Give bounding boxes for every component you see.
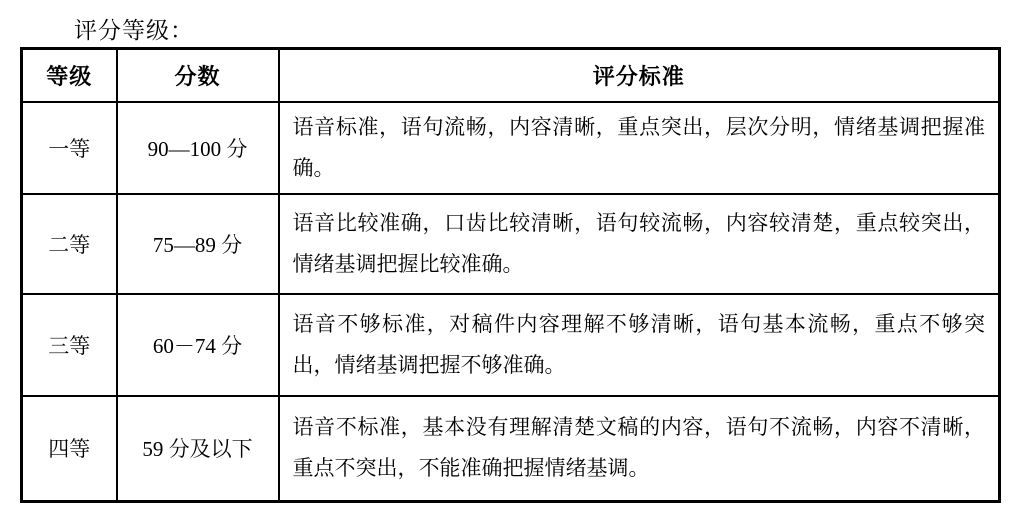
- header-row: 等级 分数 评分标准: [22, 49, 1000, 102]
- grade-cell: 四等: [22, 396, 117, 502]
- table-row: 二等 75—89 分 语音比较准确，口齿比较清晰，语句较流畅，内容较清楚，重点较…: [22, 194, 1000, 294]
- header-criteria: 评分标准: [279, 49, 1000, 102]
- header-score: 分数: [117, 49, 279, 102]
- grade-cell: 一等: [22, 102, 117, 194]
- criteria-cell: 语音不够标准，对稿件内容理解不够清晰，语句基本流畅，重点不够突出，情绪基调把握不…: [279, 294, 1000, 396]
- grade-cell: 二等: [22, 194, 117, 294]
- criteria-cell: 语音不标准，基本没有理解清楚文稿的内容，语句不流畅，内容不清晰，重点不突出，不能…: [279, 396, 1000, 502]
- criteria-cell: 语音比较准确，口齿比较清晰，语句较流畅，内容较清楚，重点较突出，情绪基调把握比较…: [279, 194, 1000, 294]
- score-cell: 60－74 分: [117, 294, 279, 396]
- table-caption: 评分等级：: [74, 12, 194, 45]
- score-cell: 75—89 分: [117, 194, 279, 294]
- grading-table: 等级 分数 评分标准 一等 90—100 分 语音标准，语句流畅，内容清晰，重点…: [20, 47, 1001, 503]
- score-cell: 90—100 分: [117, 102, 279, 194]
- score-cell: 59 分及以下: [117, 396, 279, 502]
- table-row: 四等 59 分及以下 语音不标准，基本没有理解清楚文稿的内容，语句不流畅，内容不…: [22, 396, 1000, 502]
- grade-cell: 三等: [22, 294, 117, 396]
- header-grade: 等级: [22, 49, 117, 102]
- table-row: 一等 90—100 分 语音标准，语句流畅，内容清晰，重点突出，层次分明，情绪基…: [22, 102, 1000, 194]
- table-row: 三等 60－74 分 语音不够标准，对稿件内容理解不够清晰，语句基本流畅，重点不…: [22, 294, 1000, 396]
- document-page: 评分等级： 等级 分数 评分标准 一等 90—100 分 语音标准，语句流畅，内…: [0, 0, 1018, 522]
- criteria-cell: 语音标准，语句流畅，内容清晰，重点突出，层次分明，情绪基调把握准确。: [279, 102, 1000, 194]
